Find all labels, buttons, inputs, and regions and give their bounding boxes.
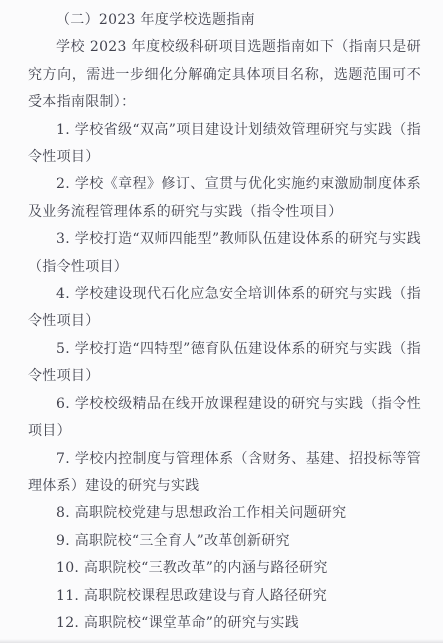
topic-item-12: 12. 高职院校“课堂革命”的研究与实践 <box>28 610 421 637</box>
topic-item-1: 1. 学校省级“双高”项目建设计划绩效管理研究与实践（指令性项目） <box>28 117 421 172</box>
topic-item-6: 6. 学校校级精品在线开放课程建设的研究与实践（指令性项目） <box>28 391 421 446</box>
topic-item-8: 8. 高职院校党建与思想政治工作相关问题研究 <box>28 500 421 527</box>
topic-item-11: 11. 高职院校课程思政建设与育人路径研究 <box>28 583 421 610</box>
document-page: （二）2023 年度学校选题指南 学校 2023 年度校级科研项目选题指南如下（… <box>0 0 443 643</box>
topic-item-5: 5. 学校打造“四特型”德育队伍建设体系的研究与实践（指令性项目） <box>28 336 421 391</box>
section-heading: （二）2023 年度学校选题指南 <box>28 7 421 34</box>
topic-item-9: 9. 高职院校“三全育人”改革创新研究 <box>28 528 421 555</box>
topic-item-2: 2. 学校《章程》修订、宣贯与优化实施约束激励制度体系及业务流程管理体系的研究与… <box>28 171 421 226</box>
topic-item-4: 4. 学校建设现代石化应急安全培训体系的研究与实践（指令性项目） <box>28 281 421 336</box>
topic-item-3: 3. 学校打造“双师四能型”教师队伍建设体系的研究与实践（指令性项目） <box>28 226 421 281</box>
topic-item-7: 7. 学校内控制度与管理体系（含财务、基建、招投标等管理体系）建设的研究与实践 <box>28 446 421 501</box>
topic-item-10: 10. 高职院校“三教改革”的内涵与路径研究 <box>28 555 421 582</box>
intro-paragraph: 学校 2023 年度校级科研项目选题指南如下（指南只是研究方向，需进一步细化分解… <box>28 34 421 116</box>
